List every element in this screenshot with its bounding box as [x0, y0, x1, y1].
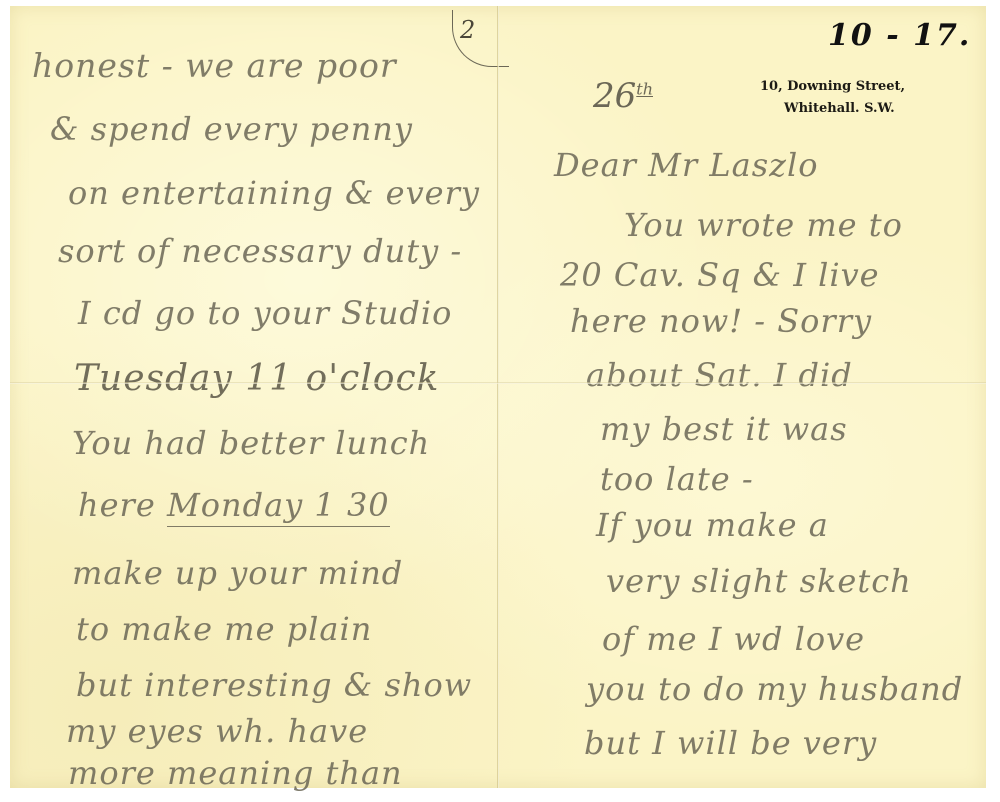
handwritten-line: sort of necessary duty - [58, 232, 462, 270]
handwritten-line: honest - we are poor [32, 46, 397, 85]
handwritten-line: on entertaining & every [68, 174, 480, 212]
underlined-appointment: Monday 1 30 [167, 486, 390, 527]
handwritten-line: You had better lunch [72, 424, 430, 462]
letterhead-line-1: 10, Downing Street, [760, 76, 905, 98]
letterhead: 10, Downing Street, Whitehall. S.W. [760, 76, 905, 120]
left-page: 2 honest - we are poor & spend every pen… [10, 6, 498, 788]
date-day: 26 [593, 76, 636, 116]
letter-scan: 2 honest - we are poor & spend every pen… [0, 0, 1000, 802]
handwritten-line: I cd go to your Studio [78, 294, 452, 332]
page-number: 2 [460, 16, 475, 44]
handwritten-line: & spend every penny [50, 110, 413, 148]
handwritten-line: my best it was [600, 410, 848, 448]
handwritten-line: about Sat. I did [586, 356, 853, 394]
handwritten-line: make up your mind [72, 554, 403, 592]
handwritten-line: You wrote me to [624, 206, 903, 244]
horizontal-fold-line [10, 382, 986, 384]
handwritten-line: too late - [600, 460, 754, 498]
vertical-fold-line [497, 6, 499, 788]
archive-reference: 10 - 17. [828, 18, 971, 53]
handwritten-line: my eyes wh. have [66, 712, 368, 750]
letter-date: 26th [593, 76, 653, 116]
handwritten-line: you to do my husband [586, 670, 963, 708]
handwritten-line: here now! - Sorry [570, 302, 872, 340]
right-page: 10 - 17. 26th 10, Downing Street, Whiteh… [498, 6, 986, 788]
paper-sheet: 2 honest - we are poor & spend every pen… [10, 6, 986, 788]
line-prefix: here [78, 486, 167, 524]
handwritten-line: Tuesday 11 o'clock [74, 358, 439, 399]
handwritten-line: but I will be very [584, 724, 877, 762]
date-suffix: th [636, 80, 653, 99]
handwritten-line: to make me plain [76, 610, 372, 648]
handwritten-line: but interesting & show [76, 666, 472, 704]
handwritten-line: here Monday 1 30 [78, 486, 390, 524]
handwritten-line: 20 Cav. Sq & I live [560, 256, 880, 294]
handwritten-line: of me I wd love [602, 620, 865, 658]
handwritten-line: more meaning than [68, 754, 403, 792]
handwritten-line: very slight sketch [606, 562, 912, 600]
handwritten-line: If you make a [596, 506, 829, 544]
salutation: Dear Mr Laszlo [554, 146, 818, 184]
letterhead-line-2: Whitehall. S.W. [760, 98, 905, 120]
